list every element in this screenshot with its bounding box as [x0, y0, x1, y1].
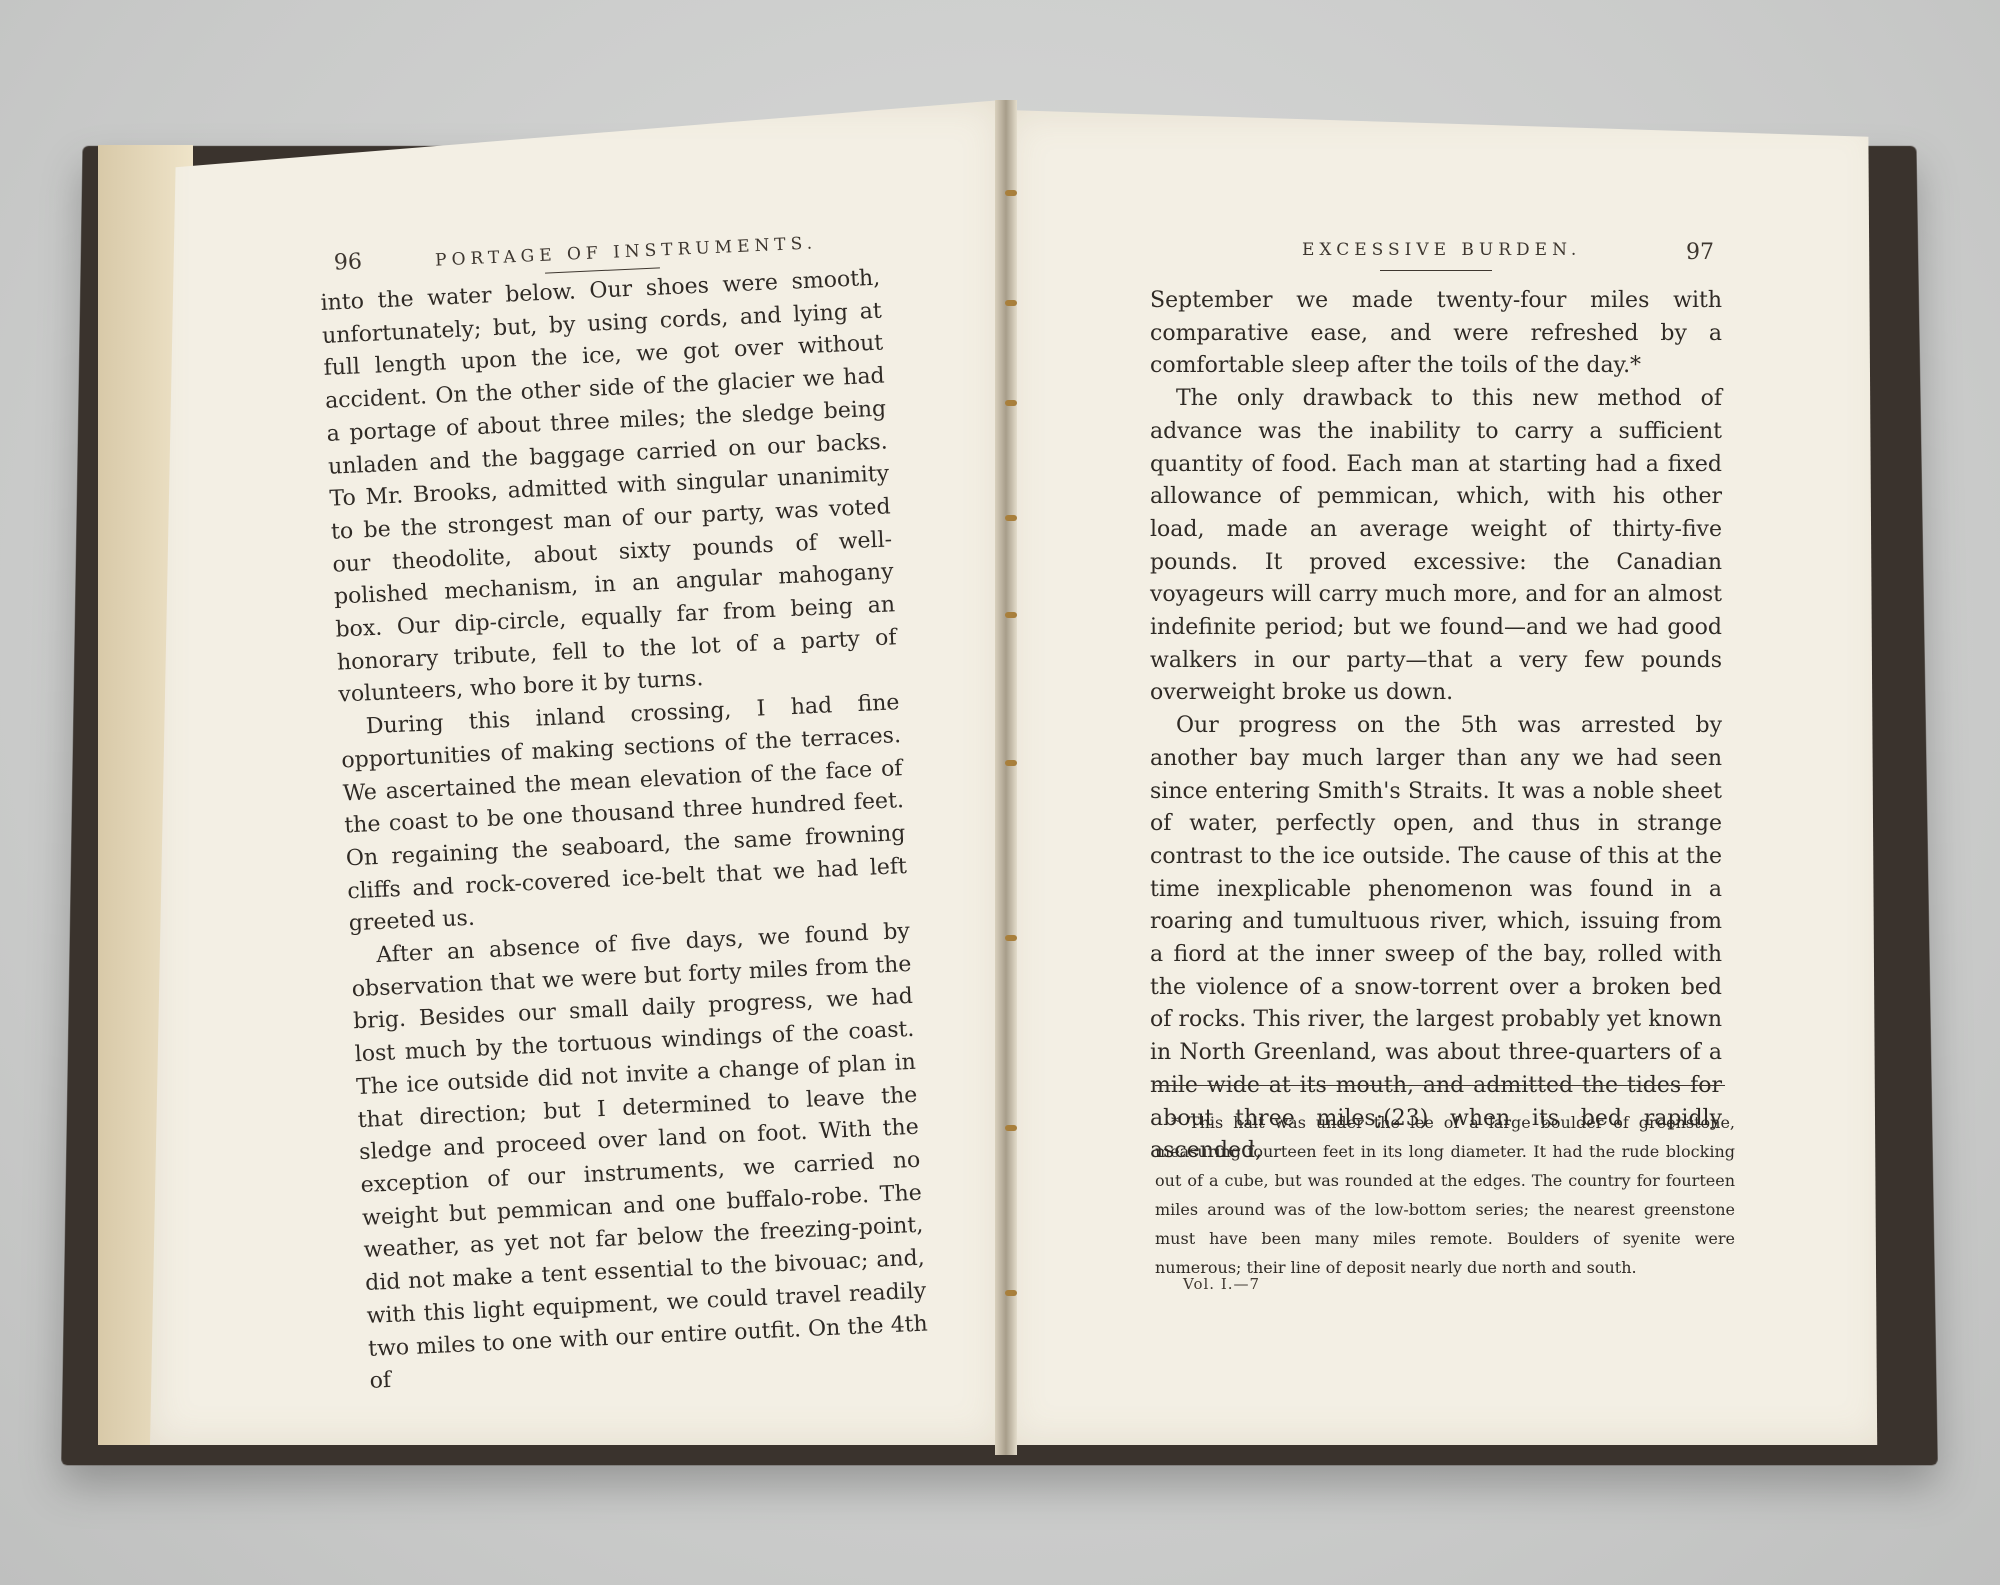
- footnote-text: * This halt was under the lee of a large…: [1155, 1108, 1735, 1282]
- page-number-right: 97: [1686, 240, 1714, 265]
- binding-stitch: [1005, 760, 1017, 766]
- binding-stitch: [1005, 190, 1017, 196]
- footnote: * This halt was under the lee of a large…: [1155, 1108, 1735, 1282]
- binding-stitch: [1005, 612, 1017, 618]
- paragraph: The only drawback to this new method of …: [1150, 383, 1722, 710]
- footnote-rule: [1155, 1085, 1725, 1086]
- paragraph: into the water below. Our shoes were smo…: [320, 263, 899, 713]
- binding-stitch: [1005, 935, 1017, 941]
- signature-mark: Vol. I.—7: [1183, 1275, 1260, 1293]
- paragraph: Our progress on the 5th was arrested by …: [1150, 710, 1722, 1168]
- right-page-body: September we made twenty-four miles with…: [1150, 285, 1722, 1168]
- head-rule-right: [1380, 270, 1492, 271]
- binding-stitch: [1005, 1125, 1017, 1131]
- paragraph: After an absence of five days, we found …: [350, 916, 930, 1399]
- paragraph: September we made twenty-four miles with…: [1150, 285, 1722, 383]
- left-page-body: into the water below. Our shoes were smo…: [320, 263, 930, 1399]
- binding-stitch: [1005, 400, 1017, 406]
- paragraph: During this inland crossing, I had fine …: [339, 687, 909, 941]
- binding-stitch: [1005, 1290, 1017, 1296]
- running-head-right: EXCESSIVE BURDEN.: [1302, 240, 1581, 260]
- binding-stitch: [1005, 515, 1017, 521]
- page-number-left: 96: [333, 249, 362, 275]
- binding-stitch: [1005, 300, 1017, 306]
